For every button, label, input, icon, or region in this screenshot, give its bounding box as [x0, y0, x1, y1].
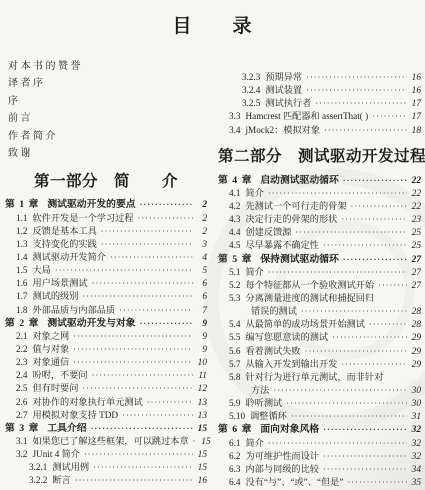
entry-title: 内部与同级的比较 — [245, 461, 319, 475]
entry-title: 每个特征都从一个验收测试开始 — [245, 277, 374, 291]
entry-number: 4.3 — [229, 214, 240, 224]
page-number: 15 — [200, 437, 211, 447]
dot-leader: ········································… — [295, 227, 407, 237]
toc-entry-row: 5.7从输入开发到输出开发···························… — [218, 356, 421, 369]
entry-title: 针对行为进行单元测试，而非针对 — [245, 369, 383, 383]
dot-leader: ········································… — [140, 199, 193, 209]
page-number: 9 — [196, 345, 207, 355]
toc-entry-row: 4.4创建反馈源································… — [218, 224, 421, 237]
page-number: 16 — [196, 476, 207, 486]
entry-number: 1.4 — [16, 252, 27, 262]
entry-number: 第 3 章 — [5, 420, 39, 434]
dot-leader: ········································… — [323, 424, 407, 434]
entry-number: 6.2 — [229, 451, 240, 461]
entry-number: 2.6 — [16, 397, 27, 407]
toc-entry-row: 2.2值与对象·································… — [5, 341, 207, 354]
entry-title: 简介 — [245, 435, 263, 449]
front-matter-item: 序 — [5, 93, 207, 110]
dot-leader: ········································… — [92, 278, 193, 288]
toc-entry-row: 3.4jMock2：模拟对象··························… — [218, 122, 421, 135]
toc-entry-row: 3.2.3预期异常·······························… — [218, 69, 421, 82]
entry-title: 从最简单的成功场景开始测试 — [245, 316, 364, 330]
page-number: 10 — [196, 358, 207, 368]
front-matter-item: 前言 — [5, 110, 207, 127]
entry-title: 保持测试驱动循环 — [260, 251, 338, 265]
entry-number: 4.2 — [229, 201, 240, 211]
toc-entry-row: 4.2先测试一个可行走的骨架··························… — [218, 198, 421, 211]
page-number: 15 — [196, 450, 207, 460]
dot-leader: ········································… — [323, 240, 407, 250]
page-number: 22 — [410, 189, 421, 199]
entry-title: 对象通信 — [32, 354, 69, 368]
entry-number: 5.7 — [229, 359, 240, 369]
entry-title: 聆听测试 — [245, 395, 282, 409]
toc-entry-row: 4.1简介···································… — [218, 185, 421, 198]
page-number: 25 — [410, 241, 421, 251]
entry-number: 6.1 — [229, 438, 240, 448]
toc-entry-row: 5.3分离测量进度的测试和捕捉回归 — [218, 290, 421, 303]
entry-title: 支持变化的实践 — [32, 236, 96, 250]
entry-title-continued: 错误的测试 — [251, 303, 297, 317]
entry-title: 预期异常 — [265, 69, 302, 83]
page-number: 35 — [410, 478, 421, 488]
entry-number: 3.4 — [229, 125, 240, 135]
page-number: 7 — [196, 306, 207, 316]
toc-entry-row: 3.2.5测试执行者······························… — [218, 95, 421, 108]
dot-leader: ········································… — [73, 357, 193, 367]
entry-title: 先测试一个可行走的骨架 — [245, 198, 346, 212]
dot-leader: ········································… — [193, 436, 197, 446]
entry-title: 对象之网 — [32, 328, 69, 342]
page-number: 28 — [410, 320, 421, 330]
dot-leader: ········································… — [369, 319, 407, 329]
page-number: 15 — [196, 463, 207, 473]
entry-number: 2.4 — [16, 370, 27, 380]
toc-entry-row: 2.5但有时要问································… — [5, 380, 207, 393]
toc-entry-row: 1.4测试驱动开发简介·····························… — [5, 249, 207, 262]
page-number: 27 — [410, 281, 421, 291]
page-title: 目 录 — [0, 0, 425, 38]
toc-entry-row: 2.3对象通信·································… — [5, 354, 207, 367]
page-number: 12 — [196, 384, 207, 394]
entry-title: 测试装置 — [265, 82, 302, 96]
toc-entry-row: 1.1软件开发是一个学习过程··························… — [5, 210, 207, 223]
page-number: 22 — [410, 202, 421, 212]
entry-number: 第 4 章 — [218, 172, 252, 186]
entry-number: 第 5 章 — [218, 251, 252, 265]
page-number: 29 — [410, 347, 421, 357]
toc-entry-row: 3.2.1测试用例·······························… — [5, 459, 207, 472]
part1-entries: 第 1 章测试驱动开发的要点··························… — [5, 196, 207, 485]
entry-title: jMock2：模拟对象 — [245, 122, 320, 136]
toc-entry-row: 5.9聆听测试·································… — [218, 395, 421, 408]
page-number: 17 — [410, 99, 421, 109]
toc-entry-row: 6.3内部与同级的比较·····························… — [218, 461, 421, 474]
dot-leader: ········································… — [92, 370, 193, 380]
page-number: 32 — [410, 452, 421, 462]
dot-leader: ········································… — [55, 265, 193, 275]
entry-title: 测试执行者 — [265, 95, 311, 109]
entry-title: 调整循环 — [250, 408, 287, 422]
entry-number: 1.3 — [16, 239, 27, 249]
toc-entry-row: 6.4没有“与”、“或”、“但是”·······················… — [218, 474, 421, 487]
dot-leader: ········································… — [91, 423, 193, 433]
page-number: 5 — [196, 266, 207, 276]
toc-chapter-row: 第 4 章启动测试驱动循环···························… — [218, 172, 421, 185]
right-column: 3.2.3预期异常·······························… — [212, 45, 421, 487]
page-number: 23 — [410, 215, 421, 225]
entry-number: 4.1 — [229, 188, 240, 198]
dot-leader: ········································… — [82, 291, 193, 301]
entry-title: 吩咐，不要问 — [32, 367, 87, 381]
entry-title: 外部品质与内部品质 — [32, 302, 115, 316]
dot-leader: ········································… — [268, 188, 407, 198]
entry-number: 1.7 — [16, 291, 27, 301]
entry-title: 断言 — [52, 472, 70, 486]
entry-title: 测试驱动开发的要点 — [47, 196, 135, 210]
dot-leader: ········································… — [140, 318, 193, 328]
dot-leader: ········································… — [306, 72, 407, 82]
entry-title: JUnit 4 简介 — [32, 446, 79, 460]
page-number: 30 — [410, 386, 421, 396]
entry-number: 2.5 — [16, 383, 27, 393]
entry-title: 测试用例 — [52, 459, 89, 473]
toc-entry-continuation: 方法······································… — [218, 382, 421, 395]
entry-number: 4.5 — [229, 240, 240, 250]
entry-title: 面向对象风格 — [260, 421, 319, 435]
toc-entry-row: 1.2反馈是基本工具······························… — [5, 223, 207, 236]
toc-entry-row: 1.3支持变化的实践······························… — [5, 236, 207, 249]
dot-leader: ········································… — [101, 239, 193, 249]
toc-entry-row: 2.7用模拟对象支持 TDD··························… — [5, 407, 207, 420]
dot-leader: ········································… — [323, 451, 407, 461]
toc-entry-row: 5.10调整循环································… — [218, 408, 421, 421]
page-number: 29 — [410, 333, 421, 343]
entry-number: 5.6 — [229, 346, 240, 356]
entry-number: 4.4 — [229, 227, 240, 237]
dot-leader: ········································… — [341, 359, 407, 369]
toc-entry-row: 1.7测试的级别································… — [5, 288, 207, 301]
entry-number: 3.1 — [16, 436, 27, 446]
entry-number: 5.9 — [229, 398, 240, 408]
front-matter-item: 致谢 — [5, 145, 207, 162]
entry-number: 3.2.2 — [29, 475, 47, 485]
entry-number: 6.3 — [229, 464, 240, 474]
dot-leader: ········································… — [306, 85, 407, 95]
left-column: 对本书的赞誉译者序序前言作者简介致谢 第一部分 简 介 第 1 章测试驱动开发的… — [5, 45, 212, 487]
toc-entry-continuation: 错误的测试···································… — [218, 303, 421, 316]
page-number: 15 — [196, 424, 207, 434]
toc-entry-row: 2.4吩咐，不要问·······························… — [5, 367, 207, 380]
toc-entry-row: 5.1简介···································… — [218, 264, 421, 277]
dot-leader: ········································… — [268, 267, 407, 277]
part1-entries-continued: 3.2.3预期异常·······························… — [218, 45, 421, 135]
entry-number: 3.3 — [229, 111, 240, 121]
entry-title: 尽早暴露不确定性 — [245, 237, 319, 251]
page-number: 25 — [410, 228, 421, 238]
dot-leader: ········································… — [305, 346, 407, 356]
page-number: 16 — [410, 86, 421, 96]
dot-leader: ········································… — [341, 214, 407, 224]
entry-title: 反馈是基本工具 — [32, 223, 96, 237]
dot-leader: ········································… — [268, 438, 407, 448]
entry-number: 6.4 — [229, 477, 240, 487]
toc-columns: 对本书的赞誉译者序序前言作者简介致谢 第一部分 简 介 第 1 章测试驱动开发的… — [0, 45, 425, 487]
part2-heading: 第二部分 测试驱动开发过程 — [218, 144, 421, 166]
page-number: 2 — [196, 227, 207, 237]
dot-leader: ········································… — [147, 397, 193, 407]
entry-title: 用模拟对象支持 TDD — [32, 407, 118, 421]
toc-entry-row: 6.1简介···································… — [218, 435, 421, 448]
dot-leader: ········································… — [291, 411, 407, 421]
dot-leader: ········································… — [84, 449, 193, 459]
entry-title: 分离测量进度的测试和捕捉回归 — [245, 290, 374, 304]
page-number: 17 — [410, 112, 421, 122]
entry-title: 决定行走的骨架的形状 — [245, 211, 337, 225]
toc-entry-row: 3.2JUnit 4 简介···························… — [5, 446, 207, 459]
entry-title: 简介 — [245, 185, 263, 199]
toc-chapter-row: 第 2 章测试驱动开发与对象··························… — [5, 315, 207, 328]
toc-entry-row: 5.6看着测试失败·······························… — [218, 343, 421, 356]
entry-number: 5.1 — [229, 267, 240, 277]
toc-chapter-row: 第 6 章面向对象风格·····························… — [218, 421, 421, 434]
toc-entry-row: 1.8外部品质与内部品质····························… — [5, 302, 207, 315]
entry-title: 但有时要问 — [32, 380, 78, 394]
entry-number: 2.7 — [16, 410, 27, 420]
toc-page: 目 录 对本书的赞誉译者序序前言作者简介致谢 第一部分 简 介 第 1 章测试驱… — [0, 0, 425, 490]
entry-title-continued: 方法 — [251, 382, 269, 396]
front-matter-item: 译者序 — [5, 75, 207, 92]
dot-leader: ········································… — [93, 462, 193, 472]
entry-title: 值与对象 — [32, 341, 69, 355]
toc-chapter-row: 第 3 章工具介绍·······························… — [5, 420, 207, 433]
front-matter-list: 对本书的赞誉译者序序前言作者简介致谢 — [5, 58, 207, 162]
toc-entry-row: 4.3决定行走的骨架的形状···························… — [218, 211, 421, 224]
page-number: 31 — [410, 412, 421, 422]
dot-leader: ········································… — [73, 331, 193, 341]
toc-entry-row: 5.5编写您愿意读的测试····························… — [218, 329, 421, 342]
entry-number: 3.2.1 — [29, 462, 47, 472]
toc-entry-row: 3.3Hamcrest 匹配器和 assertThat( )··········… — [218, 108, 421, 121]
entry-number: 1.2 — [16, 226, 27, 236]
page-number: 4 — [196, 253, 207, 263]
toc-entry-row: 3.2.4测试装置·······························… — [218, 82, 421, 95]
dot-leader: ········································… — [110, 252, 193, 262]
page-number: 11 — [196, 371, 207, 381]
toc-entry-row: 5.2每个特征都从一个验收测试开始·······················… — [218, 277, 421, 290]
entry-number: 1.1 — [16, 213, 27, 223]
entry-number: 1.8 — [16, 305, 27, 315]
entry-title: 从输入开发到输出开发 — [245, 356, 337, 370]
entry-title: 没有“与”、“或”、“但是” — [245, 474, 343, 488]
entry-number: 3.2.4 — [242, 85, 260, 95]
page-number: 6 — [196, 292, 207, 302]
page-number: 2 — [196, 200, 207, 210]
dot-leader: ········································… — [324, 125, 407, 135]
dot-leader: ········································… — [332, 332, 407, 342]
dot-leader: ········································… — [101, 226, 193, 236]
toc-chapter-row: 第 1 章测试驱动开发的要点··························… — [5, 196, 207, 209]
dot-leader: ········································… — [372, 111, 407, 121]
front-matter-item: 对本书的赞誉 — [5, 58, 207, 75]
entry-title: Hamcrest 匹配器和 assertThat( ) — [245, 108, 368, 122]
toc-chapter-row: 第 5 章保持测试驱动循环···························… — [218, 251, 421, 264]
page-number: 32 — [410, 439, 421, 449]
toc-entry-row: 2.1对象之网·································… — [5, 328, 207, 341]
page-number: 13 — [196, 411, 207, 421]
entry-number: 1.6 — [16, 278, 27, 288]
entry-title: 启动测试驱动循环 — [260, 172, 338, 186]
dot-leader: ········································… — [315, 98, 407, 108]
page-number: 30 — [410, 399, 421, 409]
toc-entry-row: 5.8针对行为进行单元测试，而非针对 — [218, 369, 421, 382]
entry-number: 2.3 — [16, 357, 27, 367]
page-number: 22 — [410, 176, 421, 186]
toc-entry-row: 1.6用户场景测试·······························… — [5, 275, 207, 288]
toc-entry-row: 3.1如果您已了解这些框架，可以跳过本章····················… — [5, 433, 207, 446]
entry-title: 测试的级别 — [32, 288, 78, 302]
page-number: 29 — [410, 360, 421, 370]
page-number: 27 — [410, 268, 421, 278]
entry-number: 第 2 章 — [5, 315, 39, 329]
entry-title: 创建反馈源 — [245, 224, 291, 238]
dot-leader: ········································… — [138, 213, 193, 223]
page-number: 18 — [410, 126, 421, 136]
page-number: 2 — [196, 214, 207, 224]
toc-entry-row: 1.5大局···································… — [5, 262, 207, 275]
entry-title: 大局 — [32, 262, 50, 276]
dot-leader: ········································… — [286, 398, 407, 408]
entry-title: 对协作的对象执行单元测试 — [32, 394, 142, 408]
entry-number: 第 6 章 — [218, 421, 252, 435]
part2-entries: 第 4 章启动测试驱动循环···························… — [218, 172, 421, 487]
page-number: 6 — [196, 279, 207, 289]
entry-title: 测试驱动开发与对象 — [47, 315, 135, 329]
entry-number: 2.2 — [16, 344, 27, 354]
entry-title: 简介 — [245, 264, 263, 278]
dot-leader: ········································… — [301, 306, 407, 316]
entry-number: 2.1 — [16, 331, 27, 341]
entry-number: 1.5 — [16, 265, 27, 275]
page-number: 9 — [196, 319, 207, 329]
front-matter-item: 作者简介 — [5, 128, 207, 145]
entry-number: 第 1 章 — [5, 196, 39, 210]
page-number: 13 — [196, 398, 207, 408]
entry-number: 5.4 — [229, 319, 240, 329]
toc-entry-row: 3.2.2断言·································… — [5, 472, 207, 485]
entry-title: 测试驱动开发简介 — [32, 249, 106, 263]
page-number: 32 — [410, 425, 421, 435]
dot-leader: ········································… — [343, 254, 407, 264]
entry-number: 3.2 — [16, 449, 27, 459]
entry-title: 看着测试失败 — [245, 343, 300, 357]
entry-title: 编写您愿意读的测试 — [245, 329, 328, 343]
page-number: 27 — [410, 255, 421, 265]
dot-leader: ········································… — [82, 383, 193, 393]
entry-number: 3.2.5 — [242, 98, 260, 108]
dot-leader: ········································… — [347, 477, 407, 487]
toc-entry-row: 4.5尽早暴露不确定性·····························… — [218, 237, 421, 250]
page-number: 34 — [410, 465, 421, 475]
entry-number: 5.8 — [229, 372, 240, 382]
entry-number: 3.2.3 — [242, 72, 260, 82]
page-number: 9 — [196, 332, 207, 342]
entry-number: 5.10 — [229, 411, 245, 421]
dot-leader: ········································… — [75, 475, 193, 485]
dot-leader: ········································… — [119, 305, 193, 315]
toc-entry-row: 2.6对协作的对象执行单元测试·························… — [5, 394, 207, 407]
toc-entry-row: 6.2为可维护性而设计·····························… — [218, 448, 421, 461]
page-number: 16 — [410, 73, 421, 83]
entry-title: 如果您已了解这些框架，可以跳过本章 — [32, 433, 188, 447]
entry-title: 为可维护性而设计 — [245, 448, 319, 462]
dot-leader: ········································… — [273, 385, 407, 395]
dot-leader: ········································… — [351, 201, 407, 211]
dot-leader: ········································… — [323, 464, 407, 474]
entry-number: 5.2 — [229, 280, 240, 290]
dot-leader: ········································… — [378, 280, 407, 290]
page-number: 28 — [410, 307, 421, 317]
toc-entry-row: 5.4从最简单的成功场景开始测试························… — [218, 316, 421, 329]
entry-number: 5.5 — [229, 332, 240, 342]
dot-leader: ········································… — [73, 344, 193, 354]
entry-number: 5.3 — [229, 293, 240, 303]
part1-heading: 第一部分 简 介 — [5, 169, 207, 191]
entry-title: 工具介绍 — [47, 420, 86, 434]
entry-title: 软件开发是一个学习过程 — [32, 210, 133, 224]
entry-title: 用户场景测试 — [32, 275, 87, 289]
page-number: 3 — [196, 240, 207, 250]
dot-leader: ········································… — [343, 175, 407, 185]
dot-leader: ········································… — [122, 410, 193, 420]
